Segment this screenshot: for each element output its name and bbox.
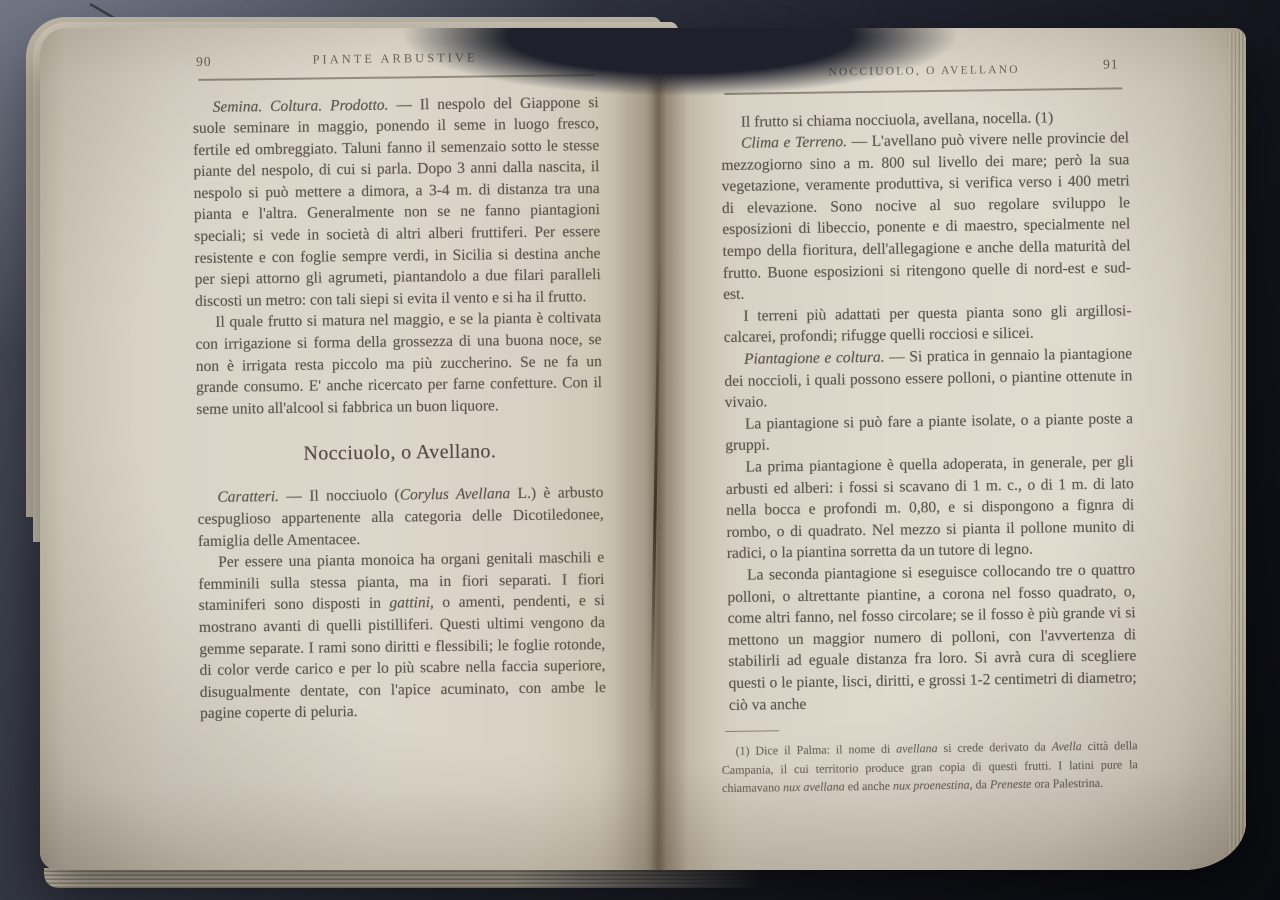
page-left: 90 PIANTE ARBUSTIVE Semina. Coltura. Pro… — [40, 28, 658, 870]
footnote-rule — [725, 730, 779, 732]
paragraph-piantagione-coltura: Piantagione e coltura. — Si pratica in g… — [724, 343, 1133, 413]
header-rule-right — [724, 87, 1122, 94]
section-heading: Nocciuolo, o Avellano. — [197, 439, 603, 467]
paragraph-seconda-piantagione: La seconda piantagione si eseguisce coll… — [727, 559, 1137, 716]
page-number-right: 91 — [1103, 56, 1119, 72]
page-left-content: 90 PIANTE ARBUSTIVE Semina. Coltura. Pro… — [192, 49, 606, 725]
paragraph-prima-piantagione: La prima piantagione è quella adoperata,… — [725, 451, 1134, 565]
paragraph-pianta-monoica: Per essere una pianta monoica ha organi … — [198, 547, 606, 725]
header-rule-left — [198, 74, 594, 80]
page-stack-bottom-edge — [44, 868, 764, 888]
running-header-right: NOCCIUOLO, O AVELLANO — [720, 62, 1128, 80]
running-header-left: PIANTE ARBUSTIVE — [192, 49, 598, 69]
page-right-content: NOCCIUOLO, O AVELLANO 91 Il frutto si ch… — [720, 60, 1138, 797]
table-surface: 90 PIANTE ARBUSTIVE Semina. Coltura. Pro… — [0, 0, 1280, 900]
footnote: (1) Dice il Palma: il nome di avellana s… — [721, 736, 1138, 797]
paragraph-caratteri: Caratteri. — Il nocciuolo (Corylus Avell… — [197, 482, 604, 552]
book-spread: 90 PIANTE ARBUSTIVE Semina. Coltura. Pro… — [40, 28, 1246, 870]
paragraph-terreni: I terreni più adattati per questa pianta… — [723, 300, 1132, 349]
running-header-row-left: 90 PIANTE ARBUSTIVE — [192, 49, 598, 72]
page-stack-right-edge — [1229, 32, 1246, 862]
paragraph-piante-isolate: La piantagione si può fare a piante isol… — [725, 408, 1134, 457]
paragraph-frutto-maggio: Il quale frutto si matura nel maggio, e … — [195, 307, 602, 420]
paragraph-semina-coltura: Semina. Coltura. Prodotto. — Il nespolo … — [193, 92, 602, 313]
running-header-row-right: NOCCIUOLO, O AVELLANO 91 — [720, 60, 1128, 84]
page-right: NOCCIUOLO, O AVELLANO 91 Il frutto si ch… — [658, 28, 1246, 870]
open-book: 90 PIANTE ARBUSTIVE Semina. Coltura. Pro… — [40, 28, 1246, 870]
paragraph-clima-terreno: Clima e Terreno. — L'avellano può vivere… — [721, 127, 1131, 305]
